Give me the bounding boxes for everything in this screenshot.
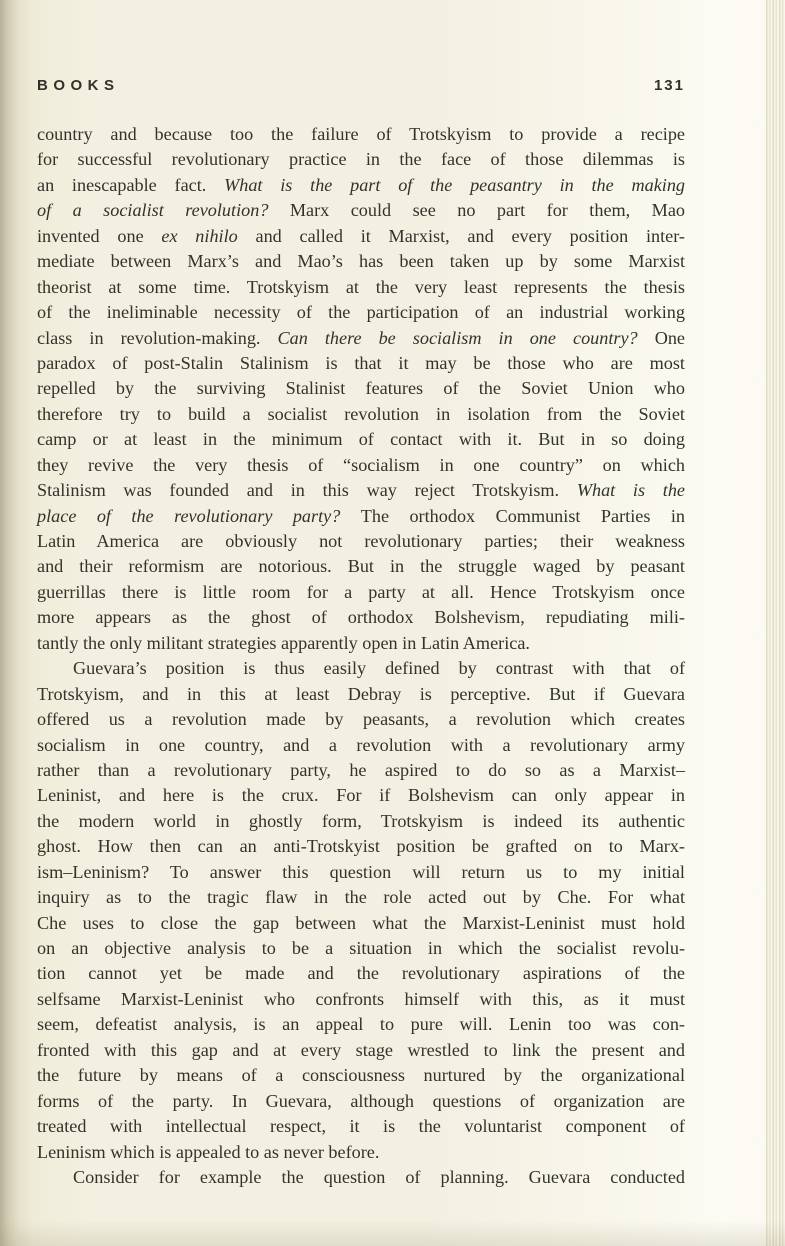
italic-text-run: Can there be socialism in one country? <box>278 328 655 348</box>
text-line: camp or at least in the minimum of conta… <box>37 427 685 452</box>
running-head: BOOKS <box>37 77 120 94</box>
text-run: an inescapable fact. <box>37 175 224 195</box>
text-line: place of the revolutionary party? The or… <box>37 504 685 529</box>
text-run: seem, defeatist analysis, is an appeal t… <box>37 1014 685 1034</box>
text-line: guerrillas there is little room for a pa… <box>37 580 685 605</box>
text-run: on an objective analysis to be a situati… <box>37 938 685 958</box>
left-page-edge-shadow <box>0 0 34 1246</box>
text-run: One <box>655 328 685 348</box>
text-run: Trotskyism, and in this at least Debray … <box>37 684 685 704</box>
text-line: invented one ex nihilo and called it Mar… <box>37 224 685 249</box>
text-line: Leninist, and here is the crux. For if B… <box>37 783 685 808</box>
text-line: of a socialist revolution? Marx could se… <box>37 198 685 223</box>
text-run: tion cannot yet be made and the revoluti… <box>37 963 685 983</box>
text-run: guerrillas there is little room for a pa… <box>37 582 685 602</box>
text-run: forms of the party. In Guevara, although… <box>37 1091 685 1111</box>
text-line: inquiry as to the tragic flaw in the rol… <box>37 885 685 910</box>
text-run: and their reformism are notorious. But i… <box>37 556 685 576</box>
text-line: seem, defeatist analysis, is an appeal t… <box>37 1012 685 1037</box>
text-run: Consider for example the question of pla… <box>73 1167 685 1187</box>
text-line: fronted with this gap and at every stage… <box>37 1038 685 1063</box>
text-line: rather than a revolutionary party, he as… <box>37 758 685 783</box>
text-run: Stalinism was founded and in this way re… <box>37 480 577 500</box>
body-text: country and because too the failure of T… <box>37 122 685 1190</box>
text-line: paradox of post-Stalin Stalinism is that… <box>37 351 685 376</box>
text-run: ghost. How then can an anti-Trotskyist p… <box>37 836 685 856</box>
text-run: Leninist, and here is the crux. For if B… <box>37 785 685 805</box>
italic-text-run: What is the <box>577 480 685 500</box>
text-line: forms of the party. In Guevara, although… <box>37 1089 685 1114</box>
text-line: country and because too the failure of T… <box>37 122 685 147</box>
text-line: more appears as the ghost of orthodox Bo… <box>37 605 685 630</box>
text-run: of the ineliminable necessity of the par… <box>37 302 685 322</box>
text-run: Leninism which is appealed to as never b… <box>37 1142 379 1162</box>
text-run: therefore try to build a socialist revol… <box>37 404 685 424</box>
text-run: Guevara’s position is thus easily define… <box>73 658 685 678</box>
text-run: fronted with this gap and at every stage… <box>37 1040 685 1060</box>
text-line: treated with intellectual respect, it is… <box>37 1114 685 1139</box>
text-run: socialism in one country, and a revoluti… <box>37 735 685 755</box>
text-run: treated with intellectual respect, it is… <box>37 1116 685 1136</box>
text-run: Marx could see no part for them, Mao <box>290 200 685 220</box>
text-line: therefore try to build a socialist revol… <box>37 402 685 427</box>
bottom-edge-shadow <box>0 1220 785 1246</box>
text-line: of the ineliminable necessity of the par… <box>37 300 685 325</box>
text-run: theorist at some time. Trotskyism at the… <box>37 277 685 297</box>
right-page-edges <box>766 0 785 1246</box>
page-header: BOOKS 131 <box>37 77 685 94</box>
text-line: repelled by the surviving Stalinist feat… <box>37 376 685 401</box>
text-line: Che uses to close the gap between what t… <box>37 911 685 936</box>
text-line: Latin America are obviously not revoluti… <box>37 529 685 554</box>
text-run: The orthodox Communist Parties in <box>361 506 685 526</box>
text-run: inquiry as to the tragic flaw in the rol… <box>37 887 685 907</box>
text-line: the modern world in ghostly form, Trotsk… <box>37 809 685 834</box>
italic-text-run: place of the revolutionary party? <box>37 506 361 526</box>
text-run: country and because too the failure of T… <box>37 124 685 144</box>
text-line: offered us a revolution made by peasants… <box>37 707 685 732</box>
page-number: 131 <box>654 77 685 94</box>
text-run: selfsame Marxist-Leninist who confronts … <box>37 989 685 1009</box>
italic-text-run: of a socialist revolution? <box>37 200 290 220</box>
text-line: Guevara’s position is thus easily define… <box>37 656 685 681</box>
text-line: Trotskyism, and in this at least Debray … <box>37 682 685 707</box>
text-line: Leninism which is appealed to as never b… <box>37 1140 685 1165</box>
text-run: they revive the very thesis of “socialis… <box>37 455 685 475</box>
text-run: for successful revolutionary practice in… <box>37 149 685 169</box>
text-run: ism–Leninism? To answer this question wi… <box>37 862 685 882</box>
text-line: on an objective analysis to be a situati… <box>37 936 685 961</box>
text-line: ism–Leninism? To answer this question wi… <box>37 860 685 885</box>
italic-text-run: ex nihilo <box>161 226 237 246</box>
text-run: more appears as the ghost of orthodox Bo… <box>37 607 685 627</box>
text-line: for successful revolutionary practice in… <box>37 147 685 172</box>
text-run: class in revolution-making. <box>37 328 278 348</box>
text-line: they revive the very thesis of “socialis… <box>37 453 685 478</box>
text-run: the future by means of a consciousness n… <box>37 1065 685 1085</box>
text-line: tion cannot yet be made and the revoluti… <box>37 961 685 986</box>
text-run: mediate between Marx’s and Mao’s has bee… <box>37 251 685 271</box>
text-line: and their reformism are notorious. But i… <box>37 554 685 579</box>
text-run: paradox of post-Stalin Stalinism is that… <box>37 353 685 373</box>
text-line: Stalinism was founded and in this way re… <box>37 478 685 503</box>
italic-text-run: What is the part of the peasantry in the… <box>224 175 685 195</box>
text-line: an inescapable fact. What is the part of… <box>37 173 685 198</box>
text-run: Latin America are obviously not revoluti… <box>37 531 685 551</box>
text-line: mediate between Marx’s and Mao’s has bee… <box>37 249 685 274</box>
text-run: Che uses to close the gap between what t… <box>37 913 685 933</box>
text-run: camp or at least in the minimum of conta… <box>37 429 685 449</box>
text-run: and called it Marxist, and every positio… <box>238 226 685 246</box>
text-line: theorist at some time. Trotskyism at the… <box>37 275 685 300</box>
text-run: tantly the only militant strategies appa… <box>37 633 530 653</box>
book-page: BOOKS 131 country and because too the fa… <box>0 0 785 1246</box>
text-run: rather than a revolutionary party, he as… <box>37 760 685 780</box>
text-run: repelled by the surviving Stalinist feat… <box>37 378 685 398</box>
text-line: selfsame Marxist-Leninist who confronts … <box>37 987 685 1012</box>
text-line: class in revolution-making. Can there be… <box>37 326 685 351</box>
text-line: tantly the only militant strategies appa… <box>37 631 685 656</box>
text-run: the modern world in ghostly form, Trotsk… <box>37 811 685 831</box>
text-line: ghost. How then can an anti-Trotskyist p… <box>37 834 685 859</box>
text-line: socialism in one country, and a revoluti… <box>37 733 685 758</box>
text-run: offered us a revolution made by peasants… <box>37 709 685 729</box>
text-line: Consider for example the question of pla… <box>37 1165 685 1190</box>
text-line: the future by means of a consciousness n… <box>37 1063 685 1088</box>
text-run: invented one <box>37 226 161 246</box>
